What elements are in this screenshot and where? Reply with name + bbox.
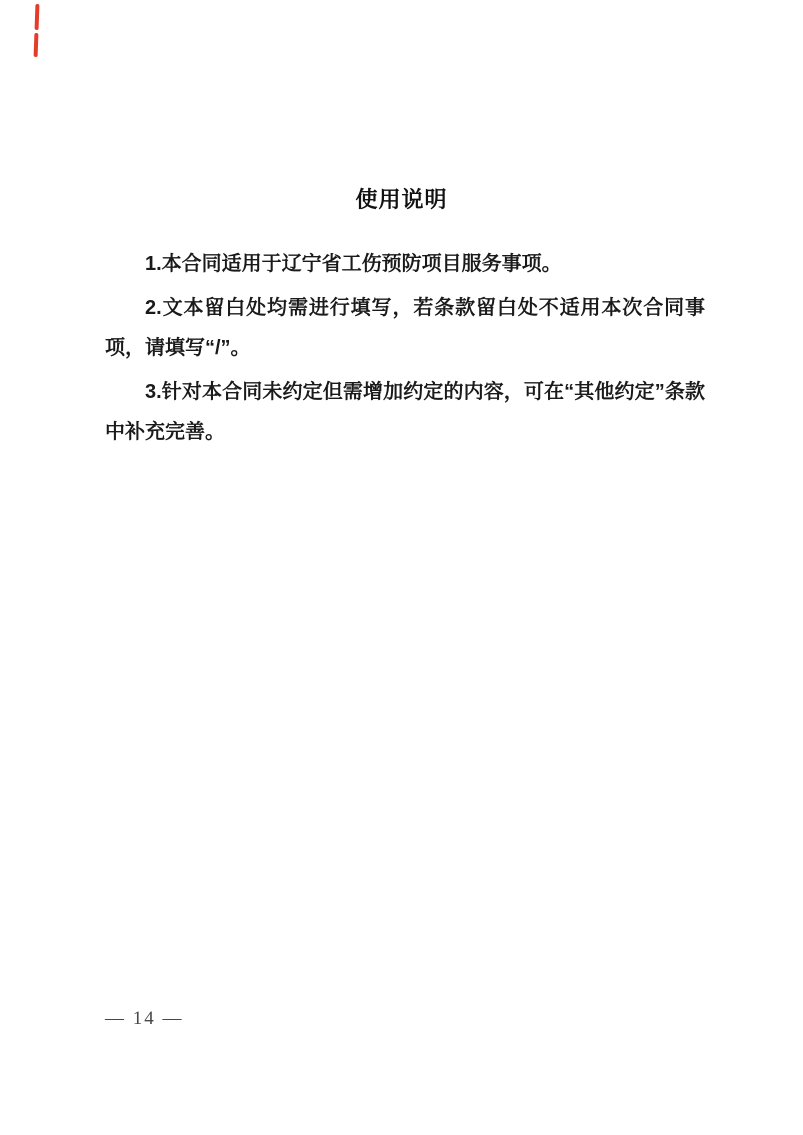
document-page: 使用说明 1.本合同适用于辽宁省工伤预防项目服务事项。 2.文本留白处均需进行填…	[0, 0, 803, 1135]
instruction-paragraph-2: 2.文本留白处均需进行填写，若条款留白处不适用本次合同事项，请填写“/”。	[105, 288, 705, 368]
red-pen-mark-top	[35, 4, 40, 30]
page-title: 使用说明	[0, 185, 803, 215]
instruction-paragraph-1: 1.本合同适用于辽宁省工伤预防项目服务事项。	[105, 244, 705, 284]
page-number: — 14 —	[105, 1008, 184, 1030]
instructions-body: 1.本合同适用于辽宁省工伤预防项目服务事项。 2.文本留白处均需进行填写，若条款…	[105, 244, 705, 456]
instruction-paragraph-3: 3.针对本合同未约定但需增加约定的内容，可在“其他约定”条款中补充完善。	[105, 372, 705, 452]
red-pen-mark-bottom	[34, 33, 39, 57]
